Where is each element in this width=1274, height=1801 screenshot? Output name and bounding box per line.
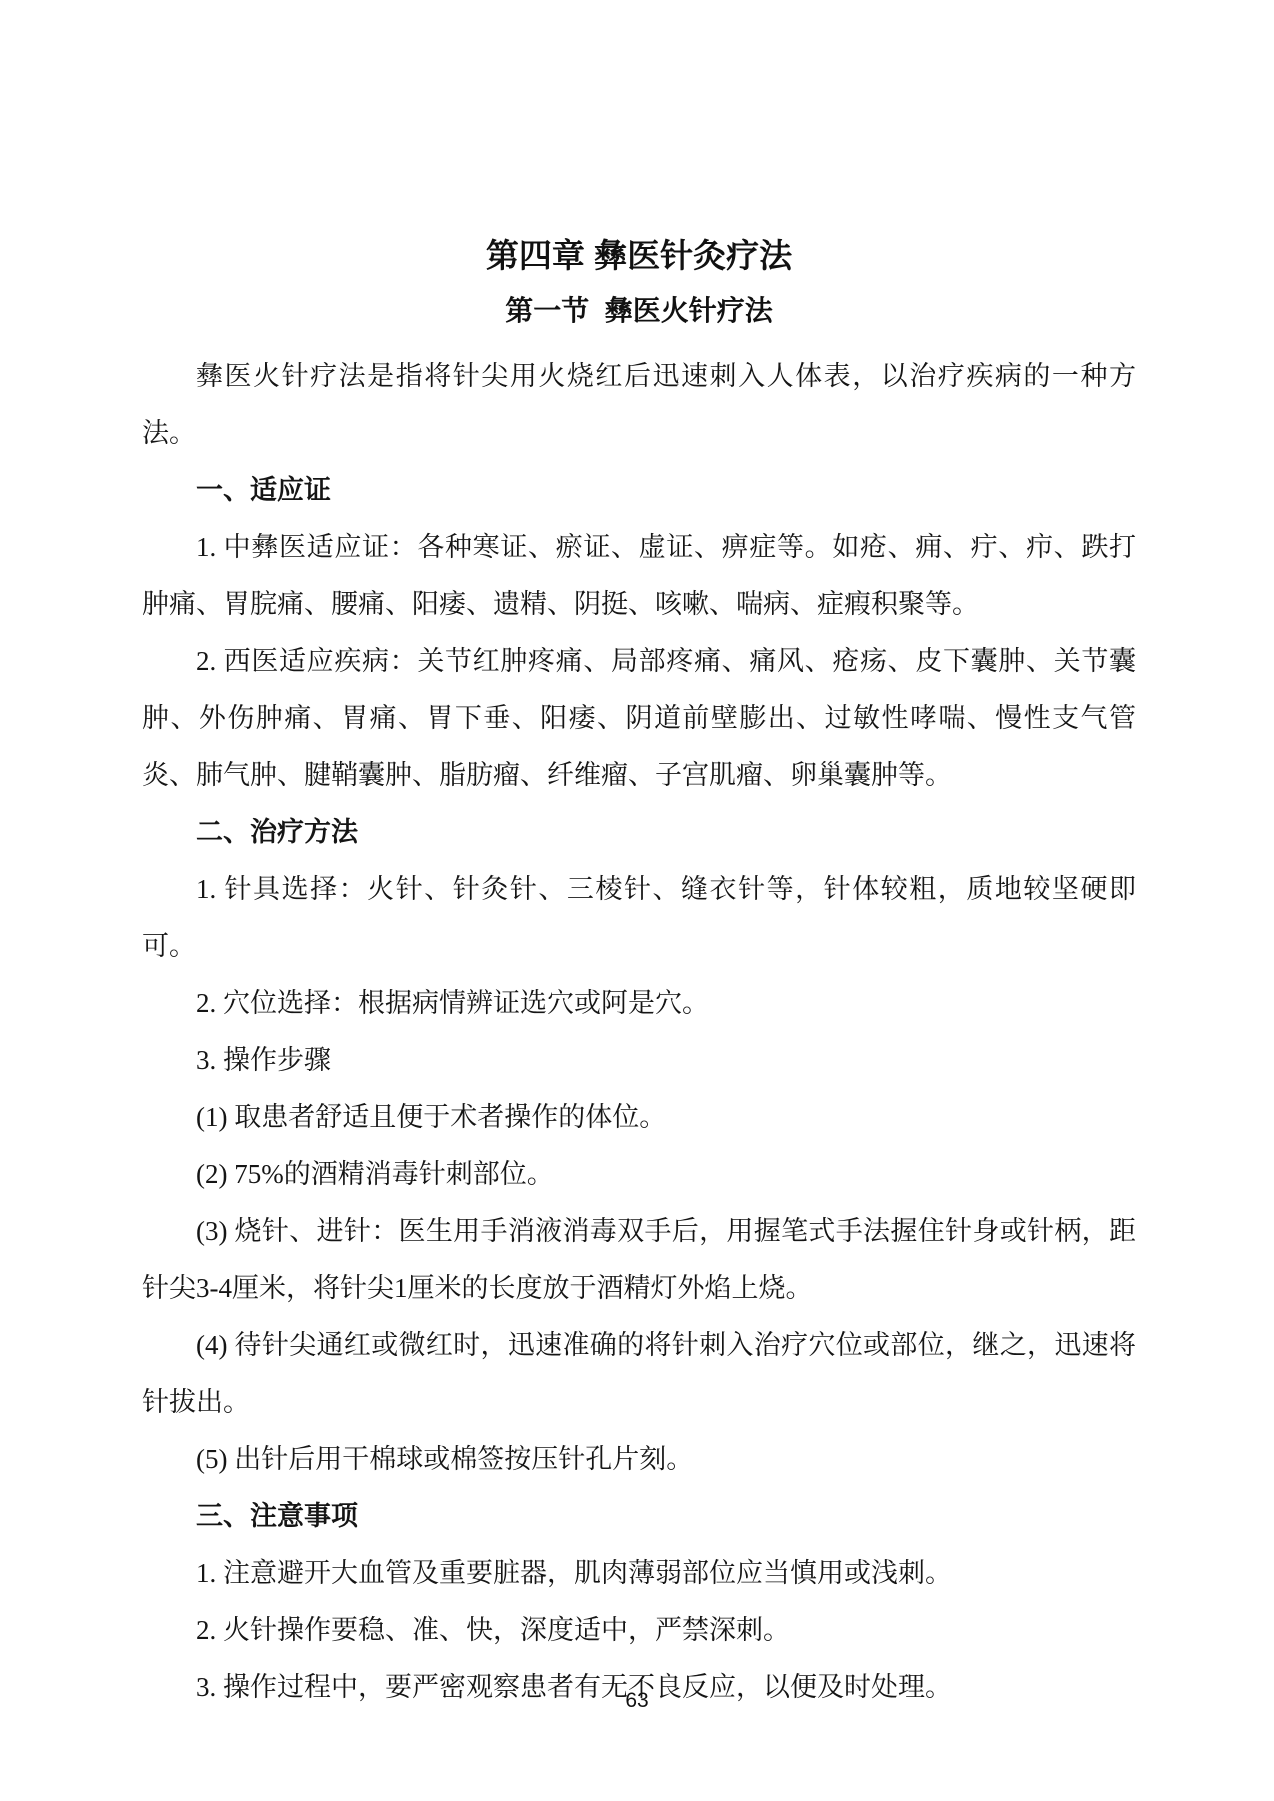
section-heading-indications: 一、适应证 xyxy=(142,462,1136,519)
paragraph: 2. 穴位选择：根据病情辨证选穴或阿是穴。 xyxy=(142,975,1136,1032)
chapter-title: 第四章 彝医针灸疗法 xyxy=(142,234,1136,278)
paragraph: 1. 针具选择：火针、针灸针、三棱针、缝衣针等，针体较粗，质地较坚硬即可。 xyxy=(142,861,1136,975)
content-area: 第四章 彝医针灸疗法 第一节 彝医火针疗法 彝医火针疗法是指将针尖用火烧红后迅速… xyxy=(142,234,1136,1716)
paragraph: 1. 中彝医适应证：各种寒证、瘀证、虚证、痹症等。如疮、痈、疔、疖、跌打肿痛、胃… xyxy=(142,519,1136,633)
paragraph: 2. 火针操作要稳、准、快，深度适中，严禁深刺。 xyxy=(142,1602,1136,1659)
paragraph: (1) 取患者舒适且便于术者操作的体位。 xyxy=(142,1089,1136,1146)
paragraph: 1. 注意避开大血管及重要脏器，肌肉薄弱部位应当慎用或浅刺。 xyxy=(142,1545,1136,1602)
paragraph: 2. 西医适应疾病：关节红肿疼痛、局部疼痛、痛风、疮疡、皮下囊肿、关节囊肿、外伤… xyxy=(142,633,1136,804)
paragraph: (2) 75%的酒精消毒针刺部位。 xyxy=(142,1146,1136,1203)
page-number: 63 xyxy=(0,1688,1274,1714)
section-heading-treatment-methods: 二、治疗方法 xyxy=(142,804,1136,861)
paragraph: (3) 烧针、进针：医生用手消液消毒双手后，用握笔式手法握住针身或针柄，距针尖3… xyxy=(142,1203,1136,1317)
intro-paragraph: 彝医火针疗法是指将针尖用火烧红后迅速刺入人体表，以治疗疾病的一种方法。 xyxy=(142,348,1136,462)
document-page: 第四章 彝医针灸疗法 第一节 彝医火针疗法 彝医火针疗法是指将针尖用火烧红后迅速… xyxy=(0,0,1274,1801)
section-title: 第一节 彝医火针疗法 xyxy=(142,292,1136,330)
section-heading-precautions: 三、注意事项 xyxy=(142,1488,1136,1545)
paragraph: (4) 待针尖通红或微红时，迅速准确的将针刺入治疗穴位或部位，继之，迅速将针拔出… xyxy=(142,1317,1136,1431)
paragraph: 3. 操作步骤 xyxy=(142,1032,1136,1089)
paragraph: (5) 出针后用干棉球或棉签按压针孔片刻。 xyxy=(142,1431,1136,1488)
